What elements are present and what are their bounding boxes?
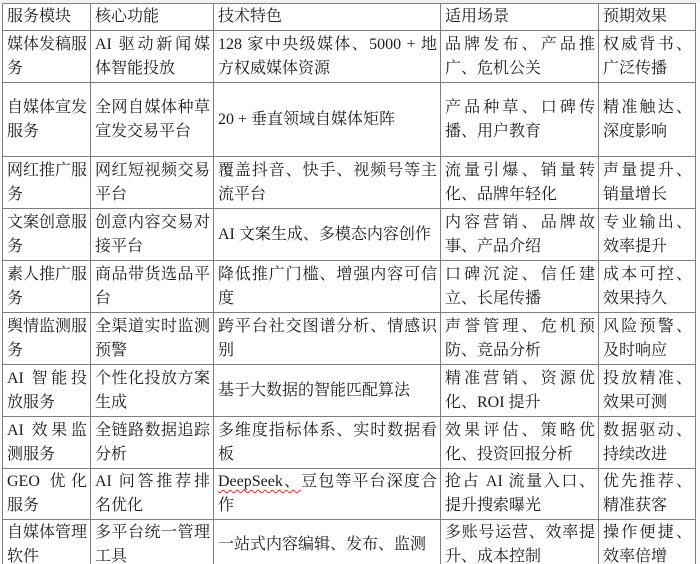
cell-scenario: 声誉管理、危机预防、竞品分析 bbox=[441, 313, 599, 365]
cell-effect: 精准触达、深度影响 bbox=[599, 83, 696, 157]
cell-effect: 权威背书、广泛传播 bbox=[599, 31, 696, 83]
cell-effect: 风险预警、及时响应 bbox=[599, 313, 696, 365]
cell-tech: 降低推广门槛、增强内容可信度 bbox=[214, 261, 441, 313]
table-row: 自媒体宣发服务 全网自媒体种草宣发交易平台 20 + 垂直领域自媒体矩阵 产品种… bbox=[3, 83, 696, 157]
services-table: 服务模块 核心功能 技术特色 适用场景 预期效果 媒体发稿服务 AI 驱动新闻媒… bbox=[2, 3, 696, 564]
table-row: AI 智能投放服务 个性化投放方案生成 基于大数据的智能匹配算法 精准营销、资源… bbox=[3, 365, 696, 417]
cell-module: 文案创意服务 bbox=[3, 209, 91, 261]
cell-function: 多平台统一管理工具 bbox=[91, 520, 214, 564]
cell-module: 舆情监测服务 bbox=[3, 313, 91, 365]
cell-tech: 20 + 垂直领域自媒体矩阵 bbox=[214, 83, 441, 157]
cell-module: 自媒体管理软件 bbox=[3, 520, 91, 564]
spellcheck-marked-text: DeepSeek、 bbox=[218, 473, 301, 490]
cell-effect: 声量提升、销量增长 bbox=[599, 157, 696, 209]
cell-tech: DeepSeek、豆包等平台深度合作 bbox=[214, 469, 441, 520]
cell-tech: 覆盖抖音、快手、视频号等主流平台 bbox=[214, 157, 441, 209]
cell-tech: 多维度指标体系、实时数据看板 bbox=[214, 417, 441, 469]
cell-scenario: 口碑沉淀、信任建立、长尾传播 bbox=[441, 261, 599, 313]
cell-function: AI 驱动新闻媒体智能投放 bbox=[91, 31, 214, 83]
column-header-tech: 技术特色 bbox=[214, 4, 441, 31]
cell-function: 全渠道实时监测预警 bbox=[91, 313, 214, 365]
table-row: 舆情监测服务 全渠道实时监测预警 跨平台社交图谱分析、情感识别 声誉管理、危机预… bbox=[3, 313, 696, 365]
column-header-module: 服务模块 bbox=[3, 4, 91, 31]
column-header-effect: 预期效果 bbox=[599, 4, 696, 31]
cell-effect: 投放精准、效果可测 bbox=[599, 365, 696, 417]
cell-module: GEO 优化服务 bbox=[3, 469, 91, 520]
cell-function: 全网自媒体种草宣发交易平台 bbox=[91, 83, 214, 157]
cell-scenario: 内容营销、品牌故事、产品介绍 bbox=[441, 209, 599, 261]
cell-function: 创意内容交易对接平台 bbox=[91, 209, 214, 261]
cell-scenario: 产品种草、口碑传播、用户教育 bbox=[441, 83, 599, 157]
column-header-scenario: 适用场景 bbox=[441, 4, 599, 31]
cell-function: 全链路数据追踪分析 bbox=[91, 417, 214, 469]
cell-module: 自媒体宣发服务 bbox=[3, 83, 91, 157]
cell-effect: 操作便捷、效率倍增 bbox=[599, 520, 696, 564]
cell-module: AI 效果监测服务 bbox=[3, 417, 91, 469]
header-row: 服务模块 核心功能 技术特色 适用场景 预期效果 bbox=[3, 4, 696, 31]
cell-tech: 基于大数据的智能匹配算法 bbox=[214, 365, 441, 417]
cell-function: 网红短视频交易平台 bbox=[91, 157, 214, 209]
document-page: 服务模块 核心功能 技术特色 适用场景 预期效果 媒体发稿服务 AI 驱动新闻媒… bbox=[0, 3, 700, 564]
cell-function: 个性化投放方案生成 bbox=[91, 365, 214, 417]
cell-module: 媒体发稿服务 bbox=[3, 31, 91, 83]
cell-scenario: 效果评估、策略优化、投资回报分析 bbox=[441, 417, 599, 469]
cell-tech: 128 家中央级媒体、5000 + 地方权威媒体资源 bbox=[214, 31, 441, 83]
cell-scenario: 抢占 AI 流量入口、提升搜索曝光 bbox=[441, 469, 599, 520]
cell-effect: 专业输出、效率提升 bbox=[599, 209, 696, 261]
table-row: GEO 优化服务 AI 问答推荐排名优化 DeepSeek、豆包等平台深度合作 … bbox=[3, 469, 696, 520]
table-row: 文案创意服务 创意内容交易对接平台 AI 文案生成、多模态内容创作 内容营销、品… bbox=[3, 209, 696, 261]
cell-tech: AI 文案生成、多模态内容创作 bbox=[214, 209, 441, 261]
table-row: 媒体发稿服务 AI 驱动新闻媒体智能投放 128 家中央级媒体、5000 + 地… bbox=[3, 31, 696, 83]
cell-tech: 跨平台社交图谱分析、情感识别 bbox=[214, 313, 441, 365]
cell-scenario: 精准营销、资源优化、ROI 提升 bbox=[441, 365, 599, 417]
cell-effect: 数据驱动、持续改进 bbox=[599, 417, 696, 469]
cell-module: 素人推广服务 bbox=[3, 261, 91, 313]
cell-scenario: 品牌发布、产品推广、危机公关 bbox=[441, 31, 599, 83]
cell-function: AI 问答推荐排名优化 bbox=[91, 469, 214, 520]
table-row: AI 效果监测服务 全链路数据追踪分析 多维度指标体系、实时数据看板 效果评估、… bbox=[3, 417, 696, 469]
cell-scenario: 流量引爆、销量转化、品牌年轻化 bbox=[441, 157, 599, 209]
cell-scenario: 多账号运营、效率提升、成本控制 bbox=[441, 520, 599, 564]
column-header-function: 核心功能 bbox=[91, 4, 214, 31]
cell-tech: 一站式内容编辑、发布、监测 bbox=[214, 520, 441, 564]
table-row: 网红推广服务 网红短视频交易平台 覆盖抖音、快手、视频号等主流平台 流量引爆、销… bbox=[3, 157, 696, 209]
cell-effect: 优先推荐、精准获客 bbox=[599, 469, 696, 520]
cell-effect: 成本可控、效果持久 bbox=[599, 261, 696, 313]
cell-function: 商品带货选品平台 bbox=[91, 261, 214, 313]
table-row: 素人推广服务 商品带货选品平台 降低推广门槛、增强内容可信度 口碑沉淀、信任建立… bbox=[3, 261, 696, 313]
table-row: 自媒体管理软件 多平台统一管理工具 一站式内容编辑、发布、监测 多账号运营、效率… bbox=[3, 520, 696, 564]
cell-module: AI 智能投放服务 bbox=[3, 365, 91, 417]
cell-module: 网红推广服务 bbox=[3, 157, 91, 209]
